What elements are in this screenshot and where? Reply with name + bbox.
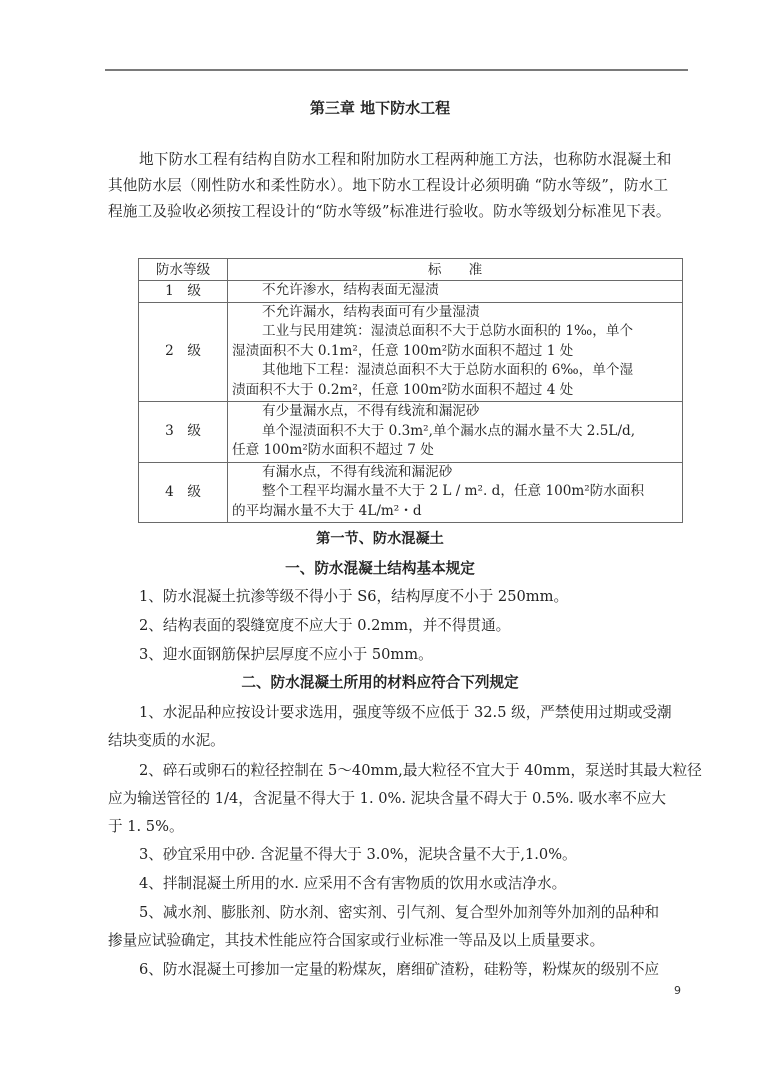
standard-line: 整个工程平均漏水量不大于 2 L / m². d，任意 100m²防水面积	[232, 482, 678, 502]
subsection-title: 一、防水混凝土结构基本规定	[0, 557, 760, 578]
list-item: 2、结构表面的裂缝宽度不应大于 0.2mm，并不得贯通。	[108, 613, 688, 639]
list-item-text: 于 1. 5%。	[108, 814, 688, 840]
table-row: 1 级 不允许渗水，结构表面无湿渍	[139, 281, 683, 303]
header-grade: 防水等级	[139, 259, 228, 281]
grade-cell: 3 级	[139, 402, 228, 463]
table-row: 3 级 有少量漏水点，不得有线流和漏泥砂 单个湿渍面积不大于 0.3m²,单个漏…	[139, 402, 683, 463]
subsection-title: 二、防水混凝土所用的材料应符合下列规定	[0, 671, 760, 692]
list-item-text: 2、结构表面的裂缝宽度不应大于 0.2mm，并不得贯通。	[108, 613, 688, 639]
list-item-text: 2、碎石或卵石的粒径控制在 5～40mm,最大粒径不宜大于 40mm，泵送时其最…	[108, 758, 688, 784]
list-item-text: 1、防水混凝土抗渗等级不得小于 S6，结构厚度不小于 250mm。	[108, 584, 688, 610]
standard-line: 有漏水点，不得有线流和漏泥砂	[232, 463, 678, 483]
header-standard: 标 准	[228, 259, 683, 281]
list-item-text: 3、砂宜采用中砂. 含泥量不得大于 3.0%，泥块含量不大于,1.0%。	[108, 842, 688, 868]
standard-line: 的平均漏水量不大于 4L/m²・d	[232, 502, 678, 522]
section-title: 第一节、防水混凝土	[0, 528, 760, 548]
table-row: 4 级 有漏水点，不得有线流和漏泥砂 整个工程平均漏水量不大于 2 L / m²…	[139, 462, 683, 523]
list-item-text: 3、迎水面钢筋保护层厚度不应小于 50mm。	[108, 642, 688, 668]
standard-line: 任意 100m²防水面积不超过 7 处	[232, 441, 678, 461]
intro-line: 程施工及验收必须按工程设计的“防水等级”标准进行验收。防水等级划分标准见下表。	[108, 199, 684, 225]
standard-cell: 不允许漏水，结构表面可有少量湿渍 工业与民用建筑：湿渍总面积不大于总防水面积的 …	[228, 302, 683, 402]
standard-line: 单个湿渍面积不大于 0.3m²,单个漏水点的漏水量不大 2.5L/d,	[232, 422, 678, 442]
list-item: 2、碎石或卵石的粒径控制在 5～40mm,最大粒径不宜大于 40mm，泵送时其最…	[108, 758, 688, 840]
table-row: 2 级 不允许漏水，结构表面可有少量湿渍 工业与民用建筑：湿渍总面积不大于总防水…	[139, 302, 683, 402]
chapter-title: 第三章 地下防水工程	[0, 97, 760, 118]
standard-line: 湿渍面积不大 0.1m²，任意 100m²防水面积不超过 1 处	[232, 342, 678, 362]
intro-line: 地下防水工程有结构自防水工程和附加防水工程两种施工方法，也称防水混凝土和	[108, 147, 684, 173]
list-item: 4、拌制混凝土所用的水. 应采用不含有害物质的饮用水或洁净水。	[108, 871, 688, 897]
list-item-text: 6、防水混凝土可掺加一定量的粉煤灰，磨细矿渣粉，硅粉等，粉煤灰的级别不应	[108, 957, 688, 983]
standard-line: 渍面积不大于 0.2m²，任意 100m²防水面积不超过 4 处	[232, 381, 678, 401]
standard-cell: 不允许渗水，结构表面无湿渍	[228, 281, 683, 303]
standard-line: 不允许渗水，结构表面无湿渍	[232, 281, 678, 301]
list-item: 3、砂宜采用中砂. 含泥量不得大于 3.0%，泥块含量不大于,1.0%。	[108, 842, 688, 868]
page-number: 9	[674, 984, 681, 997]
list-item-text: 4、拌制混凝土所用的水. 应采用不含有害物质的饮用水或洁净水。	[108, 871, 688, 897]
standard-line: 有少量漏水点，不得有线流和漏泥砂	[232, 402, 678, 422]
standard-cell: 有漏水点，不得有线流和漏泥砂 整个工程平均漏水量不大于 2 L / m². d，…	[228, 462, 683, 523]
standard-line: 其他地下工程：湿渍总面积不大于总防水面积的 6‰，单个湿	[232, 361, 678, 381]
standard-line: 不允许漏水，结构表面可有少量湿渍	[232, 303, 678, 323]
standard-cell: 有少量漏水点，不得有线流和漏泥砂 单个湿渍面积不大于 0.3m²,单个漏水点的漏…	[228, 402, 683, 463]
grade-cell: 2 级	[139, 302, 228, 402]
list-item-text: 1、水泥品种应按设计要求选用，强度等级不应低于 32.5 级，严禁使用过期或受潮	[108, 700, 688, 726]
list-item: 5、减水剂、膨胀剂、防水剂、密实剂、引气剂、复合型外加剂等外加剂的品种和 掺量应…	[108, 900, 688, 954]
list-item-text: 掺量应试验确定，其技术性能应符合国家或行业标准一等品及以上质量要求。	[108, 928, 688, 954]
list-item: 6、防水混凝土可掺加一定量的粉煤灰，磨细矿渣粉，硅粉等，粉煤灰的级别不应	[108, 957, 688, 983]
intro-line: 其他防水层（刚性防水和柔性防水）。地下防水工程设计必须明确 “防水等级”，防水工	[108, 173, 684, 199]
grade-cell: 1 级	[139, 281, 228, 303]
list-item-text: 结块变质的水泥。	[108, 728, 688, 754]
list-item: 1、水泥品种应按设计要求选用，强度等级不应低于 32.5 级，严禁使用过期或受潮…	[108, 700, 688, 754]
waterproof-grade-table: 防水等级 标 准 1 级 不允许渗水，结构表面无湿渍 2 级 不允许漏水，结构表…	[138, 258, 683, 523]
list-item: 1、防水混凝土抗渗等级不得小于 S6，结构厚度不小于 250mm。	[108, 584, 688, 610]
grade-cell: 4 级	[139, 462, 228, 523]
list-item-text: 5、减水剂、膨胀剂、防水剂、密实剂、引气剂、复合型外加剂等外加剂的品种和	[108, 900, 688, 926]
list-item: 3、迎水面钢筋保护层厚度不应小于 50mm。	[108, 642, 688, 668]
standard-line: 工业与民用建筑：湿渍总面积不大于总防水面积的 1‰，单个	[232, 322, 678, 342]
list-item-text: 应为输送管径的 1/4，含泥量不得大于 1. 0%. 泥块含量不碍大于 0.5%…	[108, 786, 688, 812]
intro-paragraph: 地下防水工程有结构自防水工程和附加防水工程两种施工方法，也称防水混凝土和 其他防…	[108, 147, 684, 225]
table-header-row: 防水等级 标 准	[139, 259, 683, 281]
header-rule	[105, 69, 688, 71]
